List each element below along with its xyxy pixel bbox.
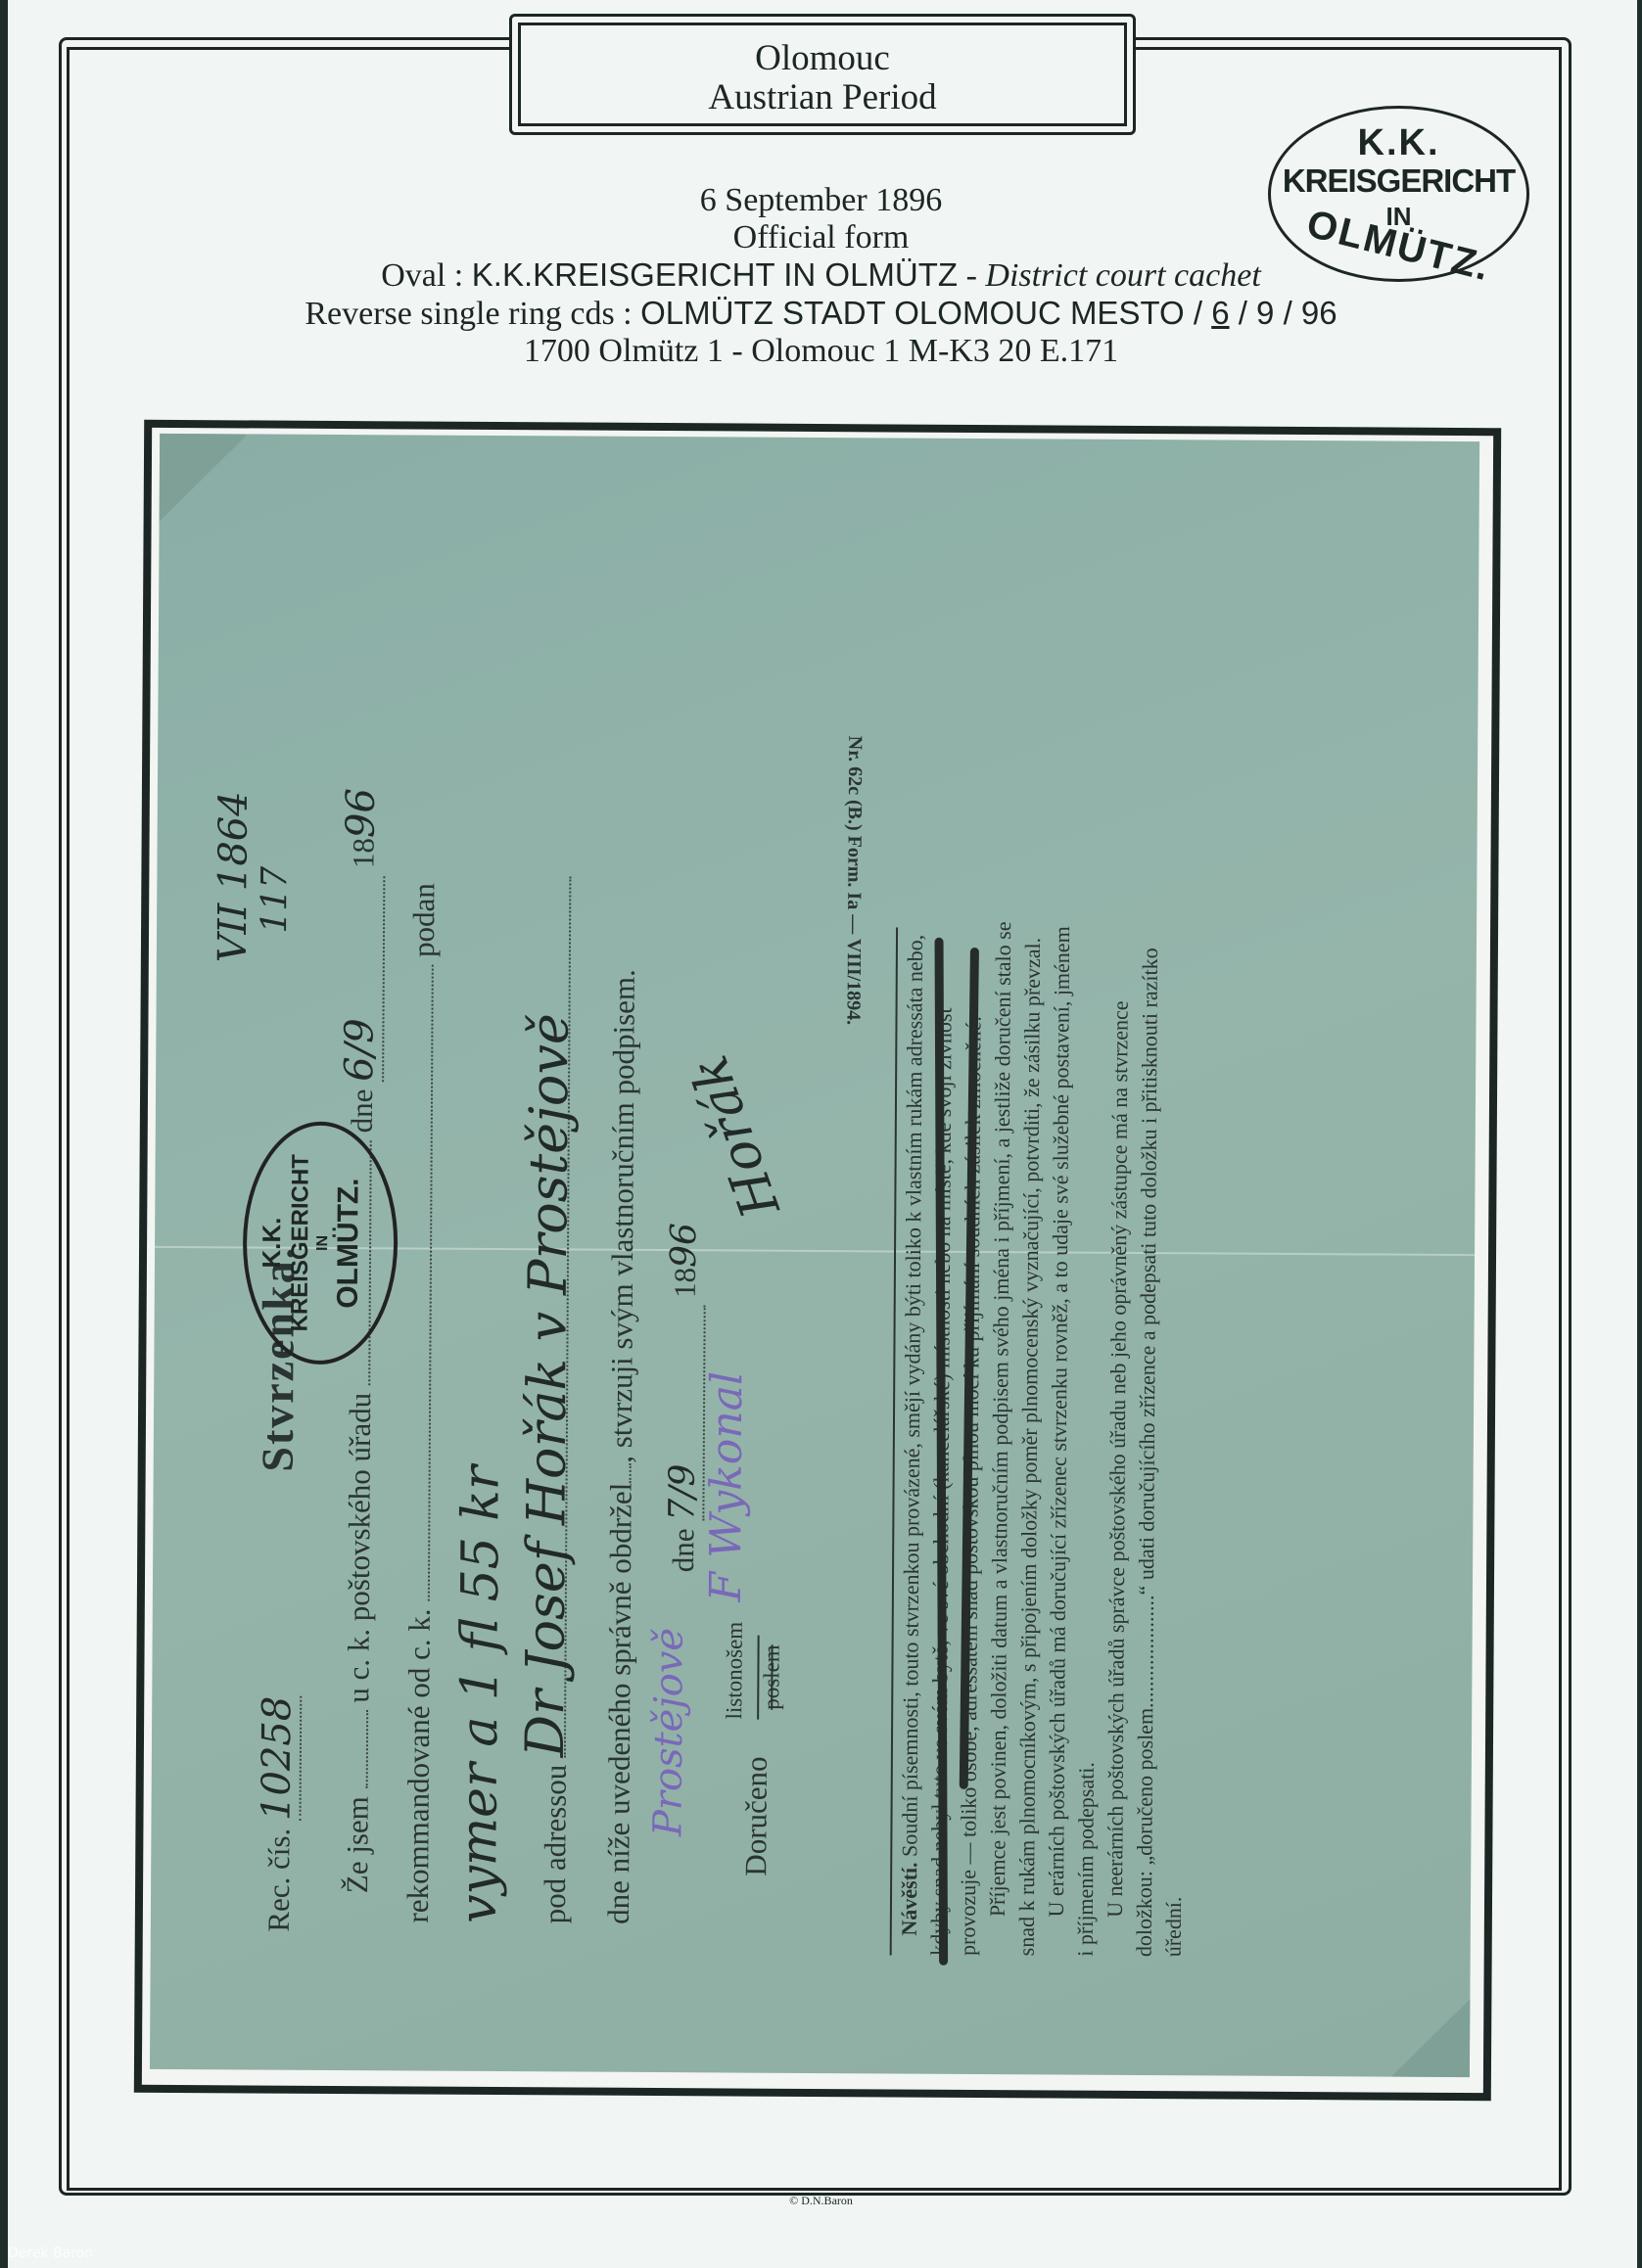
line5-year: 96 <box>664 1223 704 1268</box>
line2-label: rekommandované od c. k. <box>400 1608 437 1922</box>
caption-cds-day: 6 <box>1211 295 1229 331</box>
line2-handwriting: vymer a 1 fl 55 kr <box>449 1465 511 1923</box>
notice-p3: U erárních poštovských úřadů má doručují… <box>1042 918 1106 1956</box>
form-line-4: dne níže uvedeného správně obdržel, stvr… <box>601 969 642 1924</box>
line3-label: pod adressou <box>538 1765 573 1924</box>
form-rotated-content: VII 1864 117 Rec. čís. 10258 Stvrzenka. … <box>150 434 1479 2077</box>
form-code: Nr. 62c (B.) Form. Ia — VIII/1894. <box>841 736 866 1026</box>
rec-label: Rec. čís. <box>261 1828 297 1932</box>
notice-title: Návěští. <box>897 1862 921 1935</box>
description-block: 6 September 1896 Official form Oval : K.… <box>0 182 1642 370</box>
delivered-by-postman: listonošem <box>722 1622 748 1720</box>
court-cachet-oval: K.K. KREISGERICHT IN OLMÜTZ. <box>242 1121 399 1365</box>
form-mount-frame: VII 1864 117 Rec. čís. 10258 Stvrzenka. … <box>134 420 1501 2101</box>
place-handwriting: Prostějově <box>645 1628 691 1836</box>
page-subtitle: Austrian Period <box>521 78 1124 117</box>
receipt-form: VII 1864 117 Rec. čís. 10258 Stvrzenka. … <box>150 434 1479 2077</box>
docket-number-top: VII 1864 <box>211 791 257 962</box>
line3-handwriting: Dr Josef Hořák v Prostějově <box>514 1013 581 1758</box>
cachet-line-kreisgericht: KREISGERICHT <box>286 1126 314 1361</box>
line2-label-podan: podan <box>406 883 441 957</box>
form-line-5: dne 7/9 1896 <box>662 1223 706 1572</box>
cachet-line-olmutz: OLMÜTZ. <box>331 1126 365 1361</box>
line5-year-prefix: 18 <box>668 1268 702 1298</box>
title-box: Olomouc Austrian Period <box>509 14 1136 135</box>
caption-type: Official form <box>0 219 1642 256</box>
caption-cds-prefix: Reverse single ring cds : <box>305 296 640 332</box>
rec-number-label: Rec. čís. 10258 <box>254 1696 302 1932</box>
notice-p2: Příjemce jest povinen, doložiti datum a … <box>983 918 1048 1956</box>
cachet-line-kk: K.K. <box>256 1126 287 1361</box>
caption-reference: 1700 Olmütz 1 - Olomouc 1 M-K3 20 E.171 <box>0 333 1642 370</box>
copyright: © D.N.Baron <box>0 2194 1642 2208</box>
recipient-signature: Hořák <box>678 1048 792 1227</box>
cachet-line-in: IN <box>313 1126 332 1361</box>
caption-cds-rest: / 9 / 96 <box>1230 295 1337 331</box>
line1-label-a: Že jsem <box>340 1796 375 1893</box>
docket-number-bottom: 117 <box>255 866 295 934</box>
oval-line-kk: K.K. <box>1271 122 1526 164</box>
line4-text-b: , stvrzuji svým vlastnoručním podpisem. <box>604 969 641 1463</box>
page-title: Olomouc <box>521 39 1124 78</box>
rec-number: 10258 <box>254 1696 302 1822</box>
caption-oval: Oval : K.K.KREISGERICHT IN OLMÜTZ - Dist… <box>0 256 1642 295</box>
delivered-label: Doručeno <box>738 1756 774 1875</box>
caption-oval-note: - District court cachet <box>958 257 1261 294</box>
caption-oval-text: K.K.KREISGERICHT IN OLMÜTZ <box>472 256 958 293</box>
postman-signature: F Wykonal <box>701 1371 752 1602</box>
notice-p4: U neerárních poštovských úřadů správce p… <box>1101 919 1195 1958</box>
line5-date: 7/9 <box>662 1306 705 1521</box>
line4-text: dne níže uvedeného správně obdržel <box>601 1483 638 1924</box>
line1-date: 6/9 <box>337 876 385 1082</box>
line5-dne: dne <box>666 1528 700 1572</box>
delivered-by-messenger: poslem <box>757 1635 785 1720</box>
watermark: Derek Baron <box>8 2245 93 2261</box>
line1-year: 96 <box>339 788 384 838</box>
caption-oval-prefix: Oval : <box>381 257 472 294</box>
caption-cds-text: OLMÜTZ STADT OLOMOUC MESTO / <box>640 295 1211 331</box>
form-line-2: rekommandované od c. k. podan <box>400 883 442 1923</box>
caption-date: 6 September 1896 <box>0 182 1642 219</box>
line1-label-b: u c. k. poštovského úřadu <box>341 1393 377 1703</box>
line1-year-prefix: 18 <box>346 838 380 868</box>
caption-cds: Reverse single ring cds : OLMÜTZ STADT O… <box>0 295 1642 333</box>
